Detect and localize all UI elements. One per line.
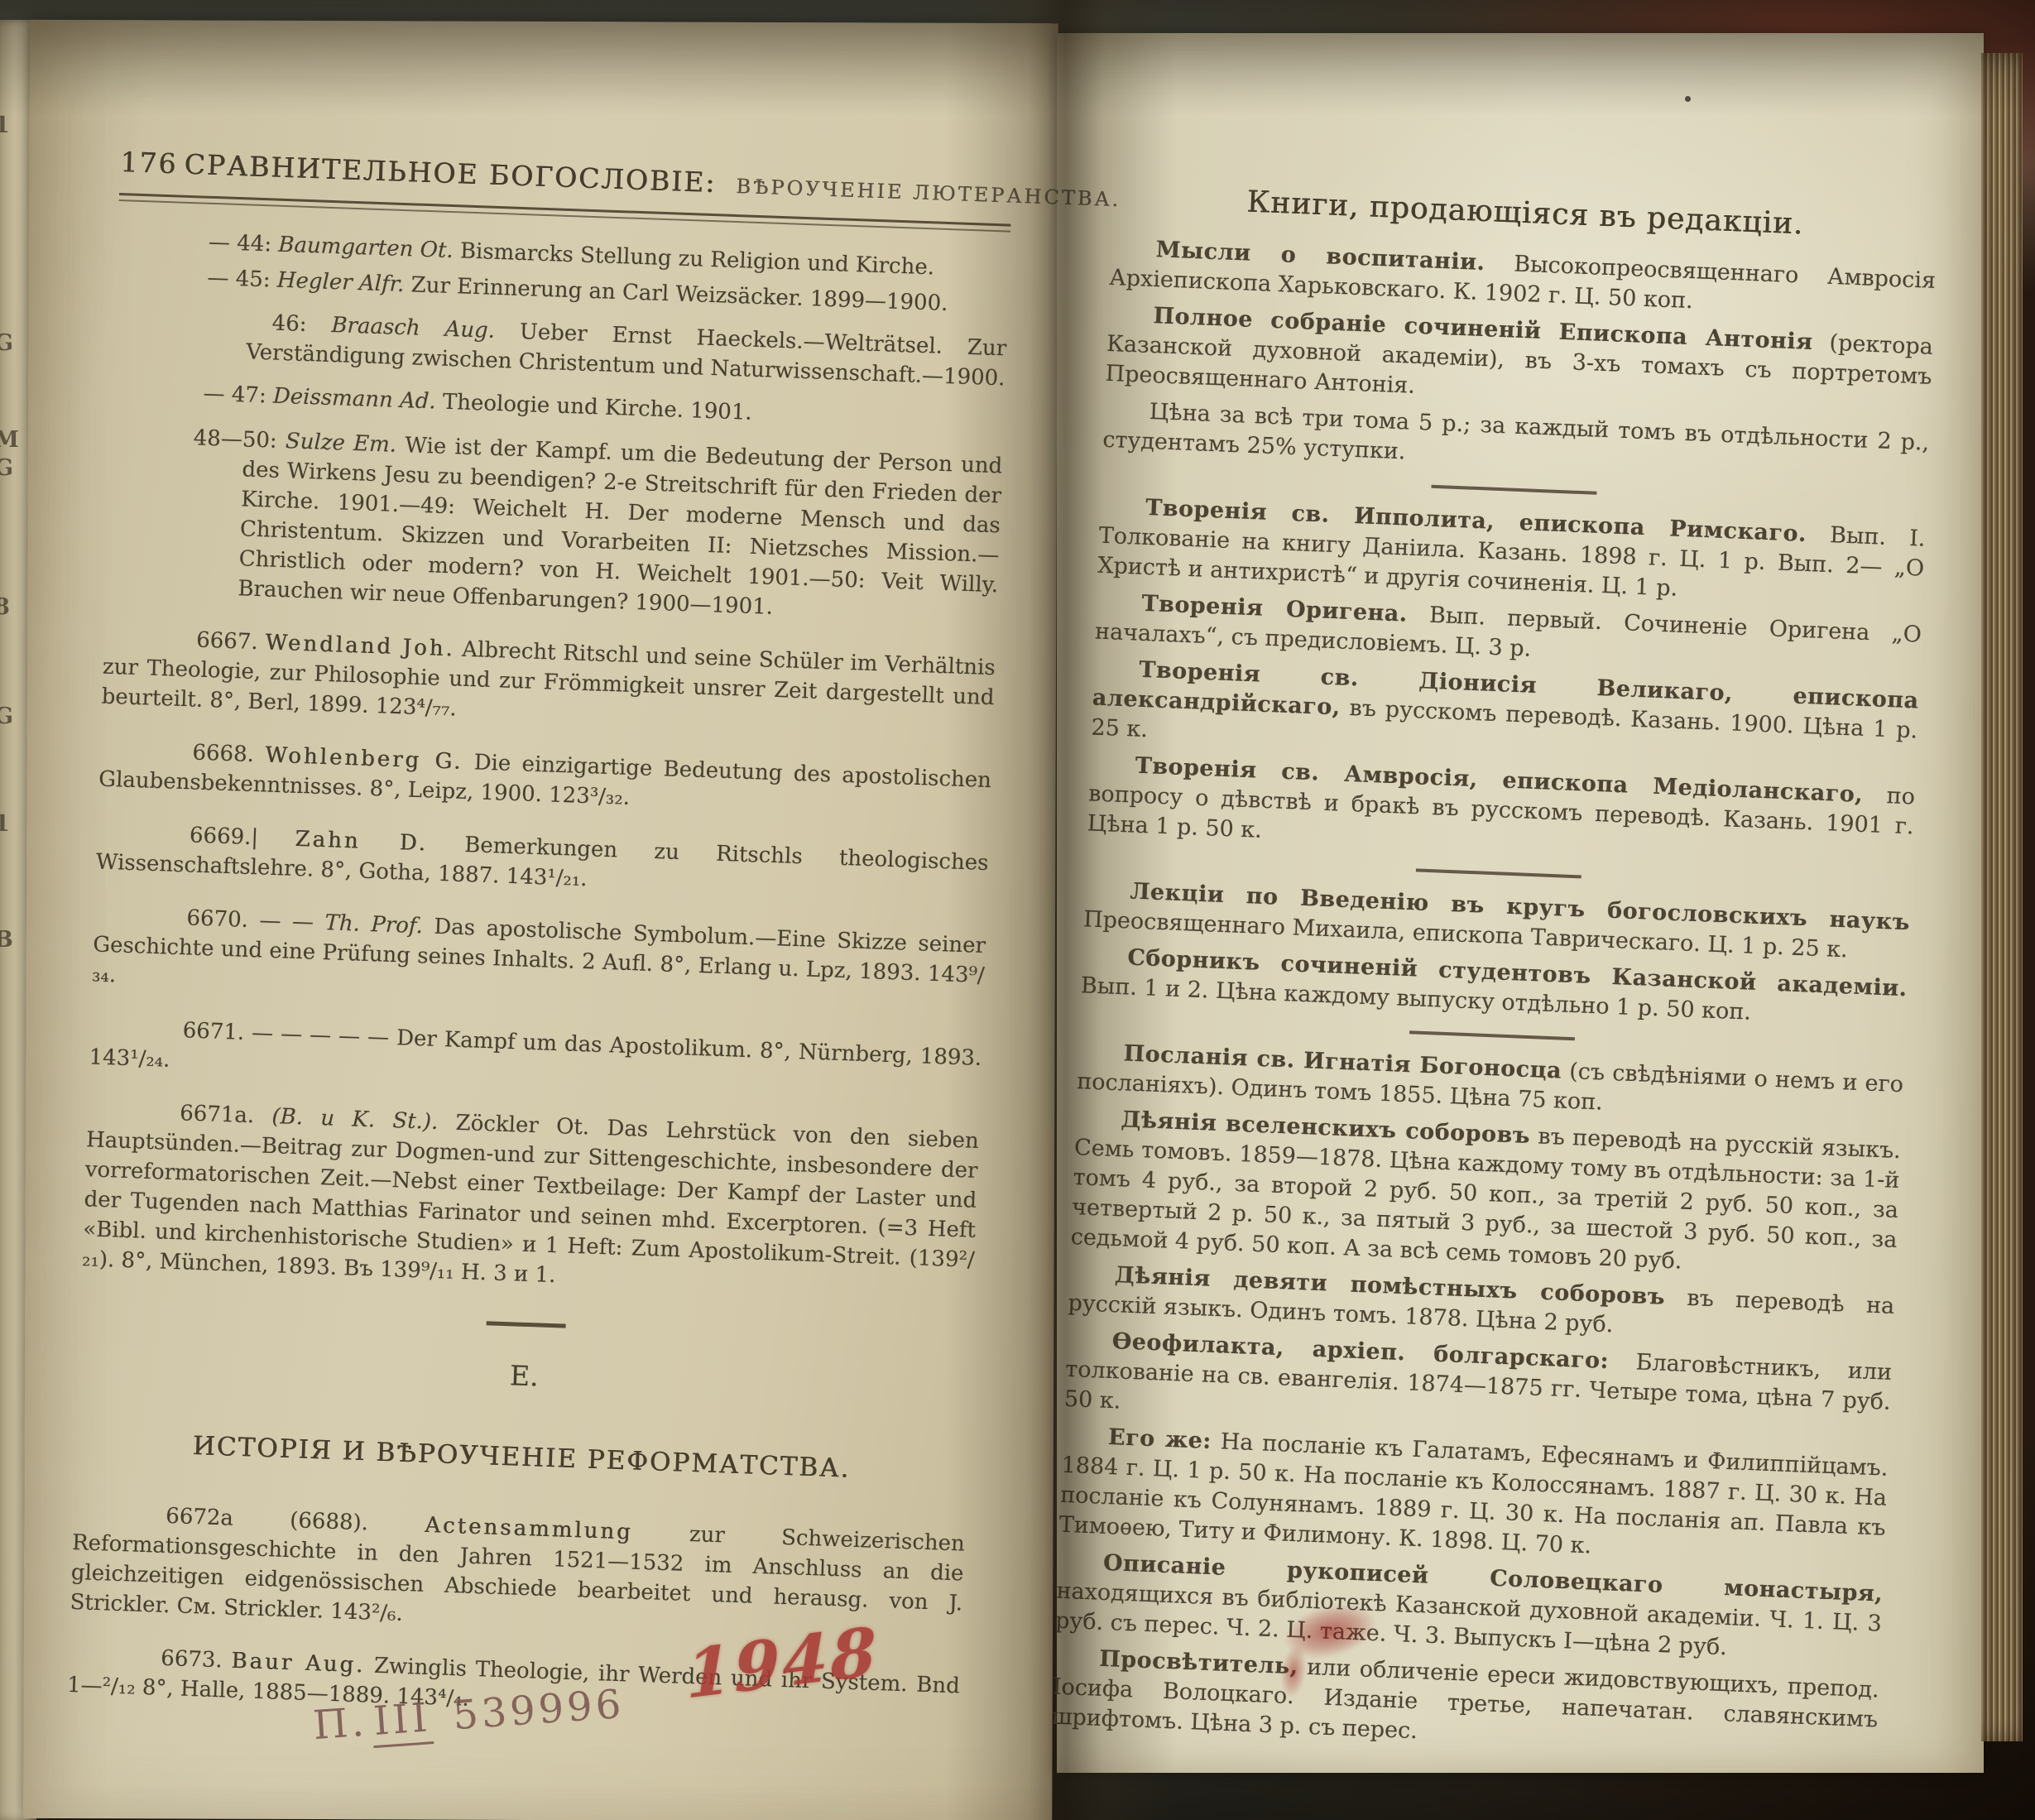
entry-author: Baumgarten Ot. bbox=[278, 233, 454, 263]
section-letter: Е. bbox=[78, 1346, 971, 1407]
entry-text: Wie ist der Kampf. um die Bedeutung der … bbox=[238, 433, 1003, 620]
edge-letter: 1 bbox=[0, 811, 19, 837]
entry-author: Wendland Joh. bbox=[265, 630, 455, 661]
entry-author: Baur Aug. bbox=[231, 1649, 366, 1678]
entry-text: Theologie und Kirche. 1901. bbox=[442, 390, 752, 425]
section-title: ИСТОРІЯ И ВѢРОУЧЕНІЕ РЕФОРМАТСТВА. bbox=[75, 1427, 968, 1488]
entry-number: 6673. bbox=[161, 1646, 223, 1674]
bibliography-entry: 6667. Wendland Joh. Albrecht Ritschl und… bbox=[101, 622, 996, 743]
entry-number: 6669.| bbox=[190, 823, 259, 850]
item-title: Просвѣтитель, bbox=[1099, 1646, 1299, 1680]
entry-number: — 47: bbox=[203, 382, 266, 409]
entry-author: Wohlenberg G. bbox=[265, 743, 463, 775]
ink-dot bbox=[1685, 96, 1691, 102]
bibliography-entry: 6668. Wohlenberg G. Die einzigartige Bed… bbox=[98, 735, 992, 826]
entry-number: 6670. — — bbox=[186, 905, 314, 934]
inventory-roman-numeral: III bbox=[370, 1694, 434, 1748]
bibliography-entry: 6671a. (B. u K. St.). Zöckler Ot. Das Le… bbox=[81, 1095, 979, 1304]
section-divider-rule bbox=[487, 1321, 566, 1328]
fore-edge-page-stack bbox=[1981, 53, 2023, 1741]
entry-number: 6671. — — — — — bbox=[182, 1018, 389, 1050]
edge-letter: G bbox=[0, 704, 19, 729]
entry-number: 46: bbox=[271, 311, 307, 337]
entry-author: Zahn D. bbox=[295, 827, 429, 857]
entry-number: 6668. bbox=[192, 740, 254, 767]
catalog-item: Его же: На посланіе къ Галатамъ, Ефесяна… bbox=[1058, 1421, 1889, 1573]
entry-author: Th. Prof. bbox=[324, 910, 423, 939]
bibliography-entry: 6671. — — — — — Der Kampf um das Apostol… bbox=[89, 1012, 982, 1103]
left-page-text: 176 СРАВНИТЕЛЬНОЕ БОГОСЛОВІЕ: ВѢРОУЧЕНІЕ… bbox=[66, 147, 1012, 1731]
inventory-prefix: П. bbox=[312, 1699, 369, 1749]
edge-letter: 8 bbox=[0, 594, 19, 620]
entry-number: 6667. bbox=[196, 628, 258, 655]
bibliography-list: — 44: Baumgarten Ot. Bismarcks Stellung … bbox=[81, 224, 1010, 1305]
entry-author: Braasch Aug. bbox=[331, 313, 496, 343]
open-book-photo: 1 G M G 8 G 1 B 176 СРАВНИТЕЛЬНОЕ БОГОСЛ… bbox=[0, 0, 2035, 1820]
divider-rule bbox=[1416, 868, 1581, 878]
entry-number: — 45: bbox=[207, 266, 271, 293]
page-number: 176 bbox=[120, 146, 178, 180]
entry-number: — 44: bbox=[209, 230, 272, 257]
edge-letter: B bbox=[0, 927, 19, 953]
entry-author: Actensammlung bbox=[425, 1513, 633, 1545]
bibliography-entry: 6670. — — Th. Prof. Das apostolische Sym… bbox=[91, 900, 986, 1020]
bibliography-entry: 48—50: Sulze Em. Wie ist der Kampf. um d… bbox=[105, 420, 1003, 630]
entry-text: Zöckler Ot. Das Lehrstück von den sieben… bbox=[82, 1111, 980, 1288]
divider-rule bbox=[1431, 485, 1596, 495]
entry-number: 6672a (6688). bbox=[166, 1504, 369, 1536]
edge-letter: G bbox=[0, 330, 19, 356]
edge-letter: M bbox=[0, 427, 19, 453]
entry-number: 48—50: bbox=[193, 425, 277, 454]
entry-author: Sulze Em. bbox=[285, 429, 396, 458]
entry-author: Hegler Alfr. bbox=[276, 268, 405, 297]
edge-letter: G bbox=[0, 455, 19, 481]
bibliography-entry: 6669.| Zahn D. Bemerkungen zu Ritschls t… bbox=[95, 818, 989, 909]
edge-letter: 1 bbox=[0, 113, 19, 138]
catalog-item: Дѣянія вселенскихъ соборовъ въ переводѣ … bbox=[1070, 1103, 1901, 1285]
item-title: Его же: bbox=[1108, 1424, 1212, 1454]
divider-rule bbox=[1409, 1030, 1575, 1040]
entry-author: Deissmann Ad. bbox=[272, 384, 436, 415]
entry-number: 6671a. bbox=[180, 1101, 255, 1128]
entry-author: (B. u K. St.). bbox=[271, 1104, 439, 1135]
right-page-text: Книги, продающіяся въ редакціи. Мысли о … bbox=[1050, 182, 1938, 1772]
